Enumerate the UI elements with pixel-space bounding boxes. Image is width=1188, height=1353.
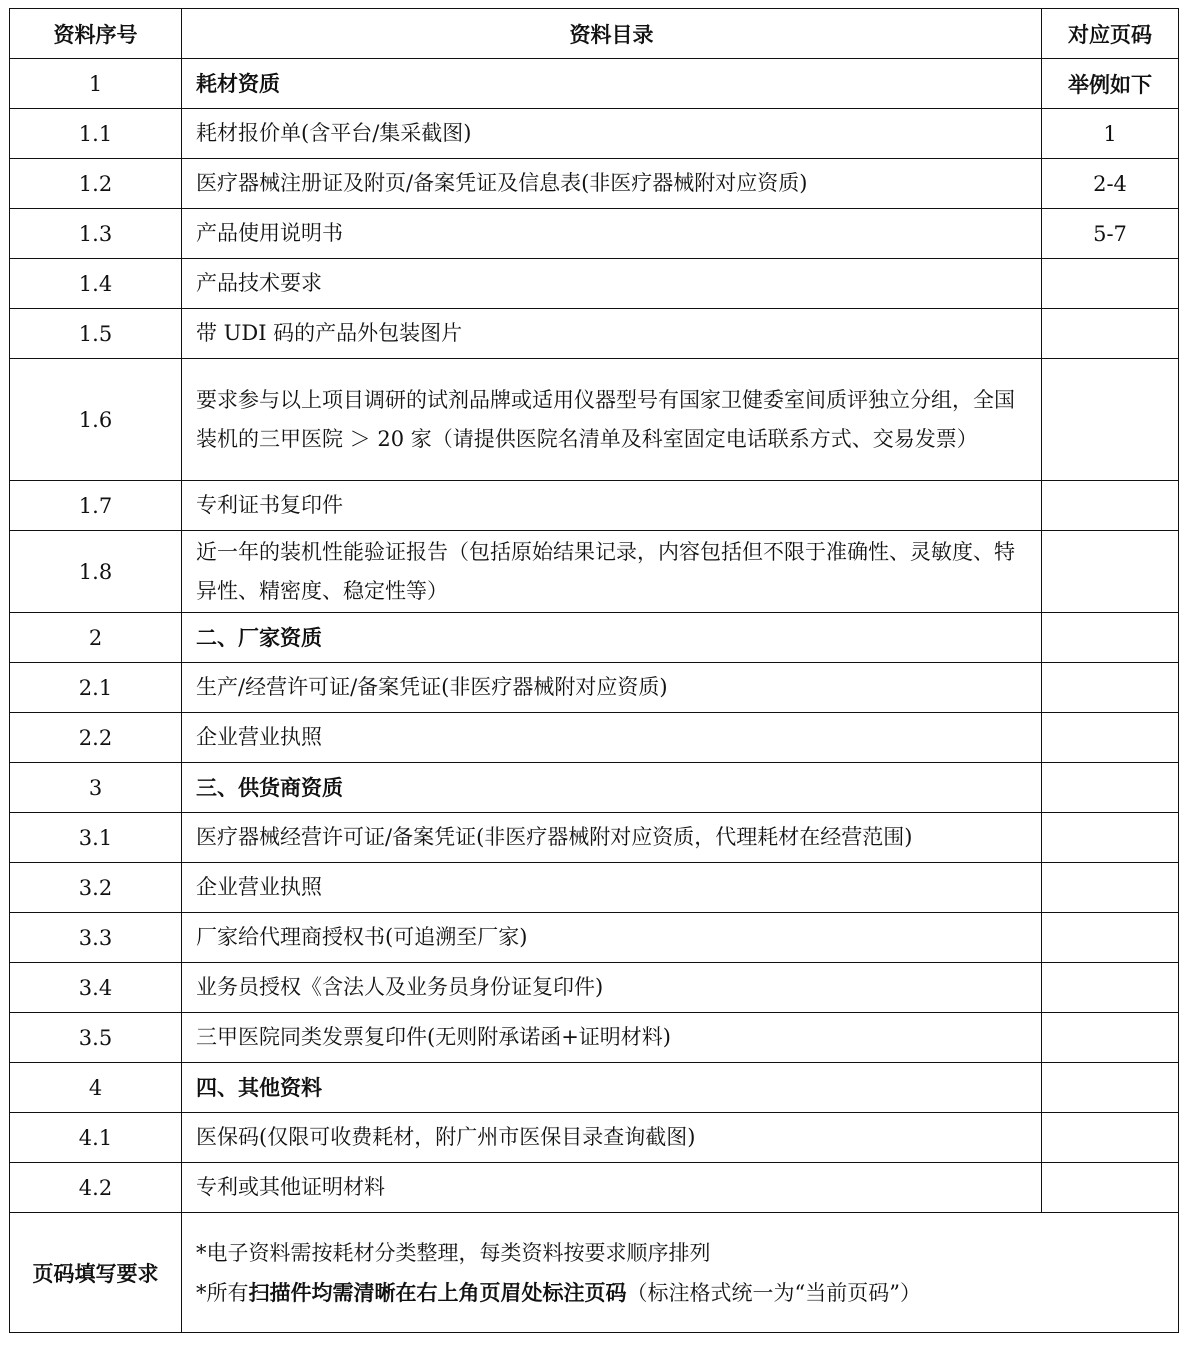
row-index: 3.1 bbox=[10, 813, 182, 863]
table-row: 2 二、厂家资质 bbox=[10, 613, 1179, 663]
row-page bbox=[1042, 763, 1179, 813]
row-index: 1.3 bbox=[10, 209, 182, 259]
row-text: 业务员授权《含法人及业务员身份证复印件) bbox=[182, 963, 1042, 1013]
table-row: 2.2 企业营业执照 bbox=[10, 713, 1179, 763]
row-index: 1.4 bbox=[10, 259, 182, 309]
row-index: 2 bbox=[10, 613, 182, 663]
table-row: 1.4 产品技术要求 bbox=[10, 259, 1179, 309]
row-text: 四、其他资料 bbox=[182, 1063, 1042, 1113]
table-row: 2.1 生产/经营许可证/备案凭证(非医疗器械附对应资质) bbox=[10, 663, 1179, 713]
notes-line-2: *所有扫描件均需清晰在右上角页眉处标注页码（标注格式统一为“当前页码”） bbox=[196, 1273, 1178, 1313]
row-text: 耗材资质 bbox=[182, 59, 1042, 109]
table-row: 1.1 耗材报价单(含平台/集采截图) 1 bbox=[10, 109, 1179, 159]
notes-content: *电子资料需按耗材分类整理，每类资料按要求顺序排列 *所有扫描件均需清晰在右上角… bbox=[182, 1213, 1179, 1333]
table-row: 3.4 业务员授权《含法人及业务员身份证复印件) bbox=[10, 963, 1179, 1013]
row-index: 1.8 bbox=[10, 531, 182, 613]
row-page: 5-7 bbox=[1042, 209, 1179, 259]
table-row: 1.3 产品使用说明书 5-7 bbox=[10, 209, 1179, 259]
row-text: 产品使用说明书 bbox=[182, 209, 1042, 259]
row-page bbox=[1042, 963, 1179, 1013]
row-text: 三、供货商资质 bbox=[182, 763, 1042, 813]
header-index: 资料序号 bbox=[10, 9, 182, 59]
row-page bbox=[1042, 1163, 1179, 1213]
row-index: 3 bbox=[10, 763, 182, 813]
row-text: 厂家给代理商授权书(可追溯至厂家) bbox=[182, 913, 1042, 963]
row-index: 1 bbox=[10, 59, 182, 109]
table-row: 3.3 厂家给代理商授权书(可追溯至厂家) bbox=[10, 913, 1179, 963]
row-index: 1.7 bbox=[10, 481, 182, 531]
row-page bbox=[1042, 713, 1179, 763]
table-row: 4 四、其他资料 bbox=[10, 1063, 1179, 1113]
row-text: 生产/经营许可证/备案凭证(非医疗器械附对应资质) bbox=[182, 663, 1042, 713]
header-row: 资料序号 资料目录 对应页码 bbox=[10, 9, 1179, 59]
row-text: 企业营业执照 bbox=[182, 863, 1042, 913]
row-index: 1.2 bbox=[10, 159, 182, 209]
materials-catalog-table: 资料序号 资料目录 对应页码 1 耗材资质 举例如下 1.1 耗材报价单(含平台… bbox=[9, 8, 1179, 1333]
header-page: 对应页码 bbox=[1042, 9, 1179, 59]
notes-line-2-prefix: *所有 bbox=[196, 1281, 249, 1305]
row-index: 4.1 bbox=[10, 1113, 182, 1163]
row-page bbox=[1042, 913, 1179, 963]
table-row: 3.2 企业营业执照 bbox=[10, 863, 1179, 913]
row-text: 耗材报价单(含平台/集采截图) bbox=[182, 109, 1042, 159]
row-text: 专利证书复印件 bbox=[182, 481, 1042, 531]
row-page bbox=[1042, 613, 1179, 663]
row-page bbox=[1042, 813, 1179, 863]
row-page bbox=[1042, 663, 1179, 713]
row-page: 举例如下 bbox=[1042, 59, 1179, 109]
row-index: 3.5 bbox=[10, 1013, 182, 1063]
table-row: 1.6 要求参与以上项目调研的试剂品牌或适用仪器型号有国家卫健委室间质评独立分组… bbox=[10, 359, 1179, 481]
row-text: 要求参与以上项目调研的试剂品牌或适用仪器型号有国家卫健委室间质评独立分组，全国装… bbox=[182, 359, 1042, 481]
table-row: 4.1 医保码(仅限可收费耗材，附广州市医保目录查询截图) bbox=[10, 1113, 1179, 1163]
table-row: 4.2 专利或其他证明材料 bbox=[10, 1163, 1179, 1213]
row-index: 3.3 bbox=[10, 913, 182, 963]
table-row: 1.5 带 UDI 码的产品外包装图片 bbox=[10, 309, 1179, 359]
row-page: 1 bbox=[1042, 109, 1179, 159]
table-row: 1.8 近一年的装机性能验证报告（包括原始结果记录，内容包括但不限于准确性、灵敏… bbox=[10, 531, 1179, 613]
row-page bbox=[1042, 309, 1179, 359]
row-index: 4.2 bbox=[10, 1163, 182, 1213]
table-row: 3.1 医疗器械经营许可证/备案凭证(非医疗器械附对应资质，代理耗材在经营范围) bbox=[10, 813, 1179, 863]
notes-line-2-suffix: （标注格式统一为“当前页码”） bbox=[627, 1281, 921, 1305]
notes-row: 页码填写要求 *电子资料需按耗材分类整理，每类资料按要求顺序排列 *所有扫描件均… bbox=[10, 1213, 1179, 1333]
row-page bbox=[1042, 1113, 1179, 1163]
table-row: 3 三、供货商资质 bbox=[10, 763, 1179, 813]
row-text: 带 UDI 码的产品外包装图片 bbox=[182, 309, 1042, 359]
row-index: 3.4 bbox=[10, 963, 182, 1013]
row-page bbox=[1042, 531, 1179, 613]
row-page bbox=[1042, 1063, 1179, 1113]
row-index: 1.5 bbox=[10, 309, 182, 359]
row-text: 医疗器械注册证及附页/备案凭证及信息表(非医疗器械附对应资质) bbox=[182, 159, 1042, 209]
row-page bbox=[1042, 1013, 1179, 1063]
row-index: 1.1 bbox=[10, 109, 182, 159]
row-page bbox=[1042, 863, 1179, 913]
row-page bbox=[1042, 481, 1179, 531]
row-text: 医疗器械经营许可证/备案凭证(非医疗器械附对应资质，代理耗材在经营范围) bbox=[182, 813, 1042, 863]
table-row: 1 耗材资质 举例如下 bbox=[10, 59, 1179, 109]
row-text: 医保码(仅限可收费耗材，附广州市医保目录查询截图) bbox=[182, 1113, 1042, 1163]
row-index: 3.2 bbox=[10, 863, 182, 913]
row-text: 二、厂家资质 bbox=[182, 613, 1042, 663]
table-row: 1.7 专利证书复印件 bbox=[10, 481, 1179, 531]
row-index: 1.6 bbox=[10, 359, 182, 481]
row-index: 2.1 bbox=[10, 663, 182, 713]
table-row: 1.2 医疗器械注册证及附页/备案凭证及信息表(非医疗器械附对应资质) 2-4 bbox=[10, 159, 1179, 209]
row-text: 近一年的装机性能验证报告（包括原始结果记录，内容包括但不限于准确性、灵敏度、特异… bbox=[182, 531, 1042, 613]
notes-line-2-bold: 扫描件均需清晰在右上角页眉处标注页码 bbox=[249, 1280, 627, 1305]
row-page bbox=[1042, 259, 1179, 309]
row-text: 三甲医院同类发票复印件(无则附承诺函+证明材料) bbox=[182, 1013, 1042, 1063]
row-text: 产品技术要求 bbox=[182, 259, 1042, 309]
row-page: 2-4 bbox=[1042, 159, 1179, 209]
row-index: 4 bbox=[10, 1063, 182, 1113]
table-row: 3.5 三甲医院同类发票复印件(无则附承诺函+证明材料) bbox=[10, 1013, 1179, 1063]
row-index: 2.2 bbox=[10, 713, 182, 763]
notes-label: 页码填写要求 bbox=[10, 1213, 182, 1333]
header-catalog: 资料目录 bbox=[182, 9, 1042, 59]
row-text: 企业营业执照 bbox=[182, 713, 1042, 763]
row-text: 专利或其他证明材料 bbox=[182, 1163, 1042, 1213]
row-page bbox=[1042, 359, 1179, 481]
notes-line-1: *电子资料需按耗材分类整理，每类资料按要求顺序排列 bbox=[196, 1233, 1178, 1273]
